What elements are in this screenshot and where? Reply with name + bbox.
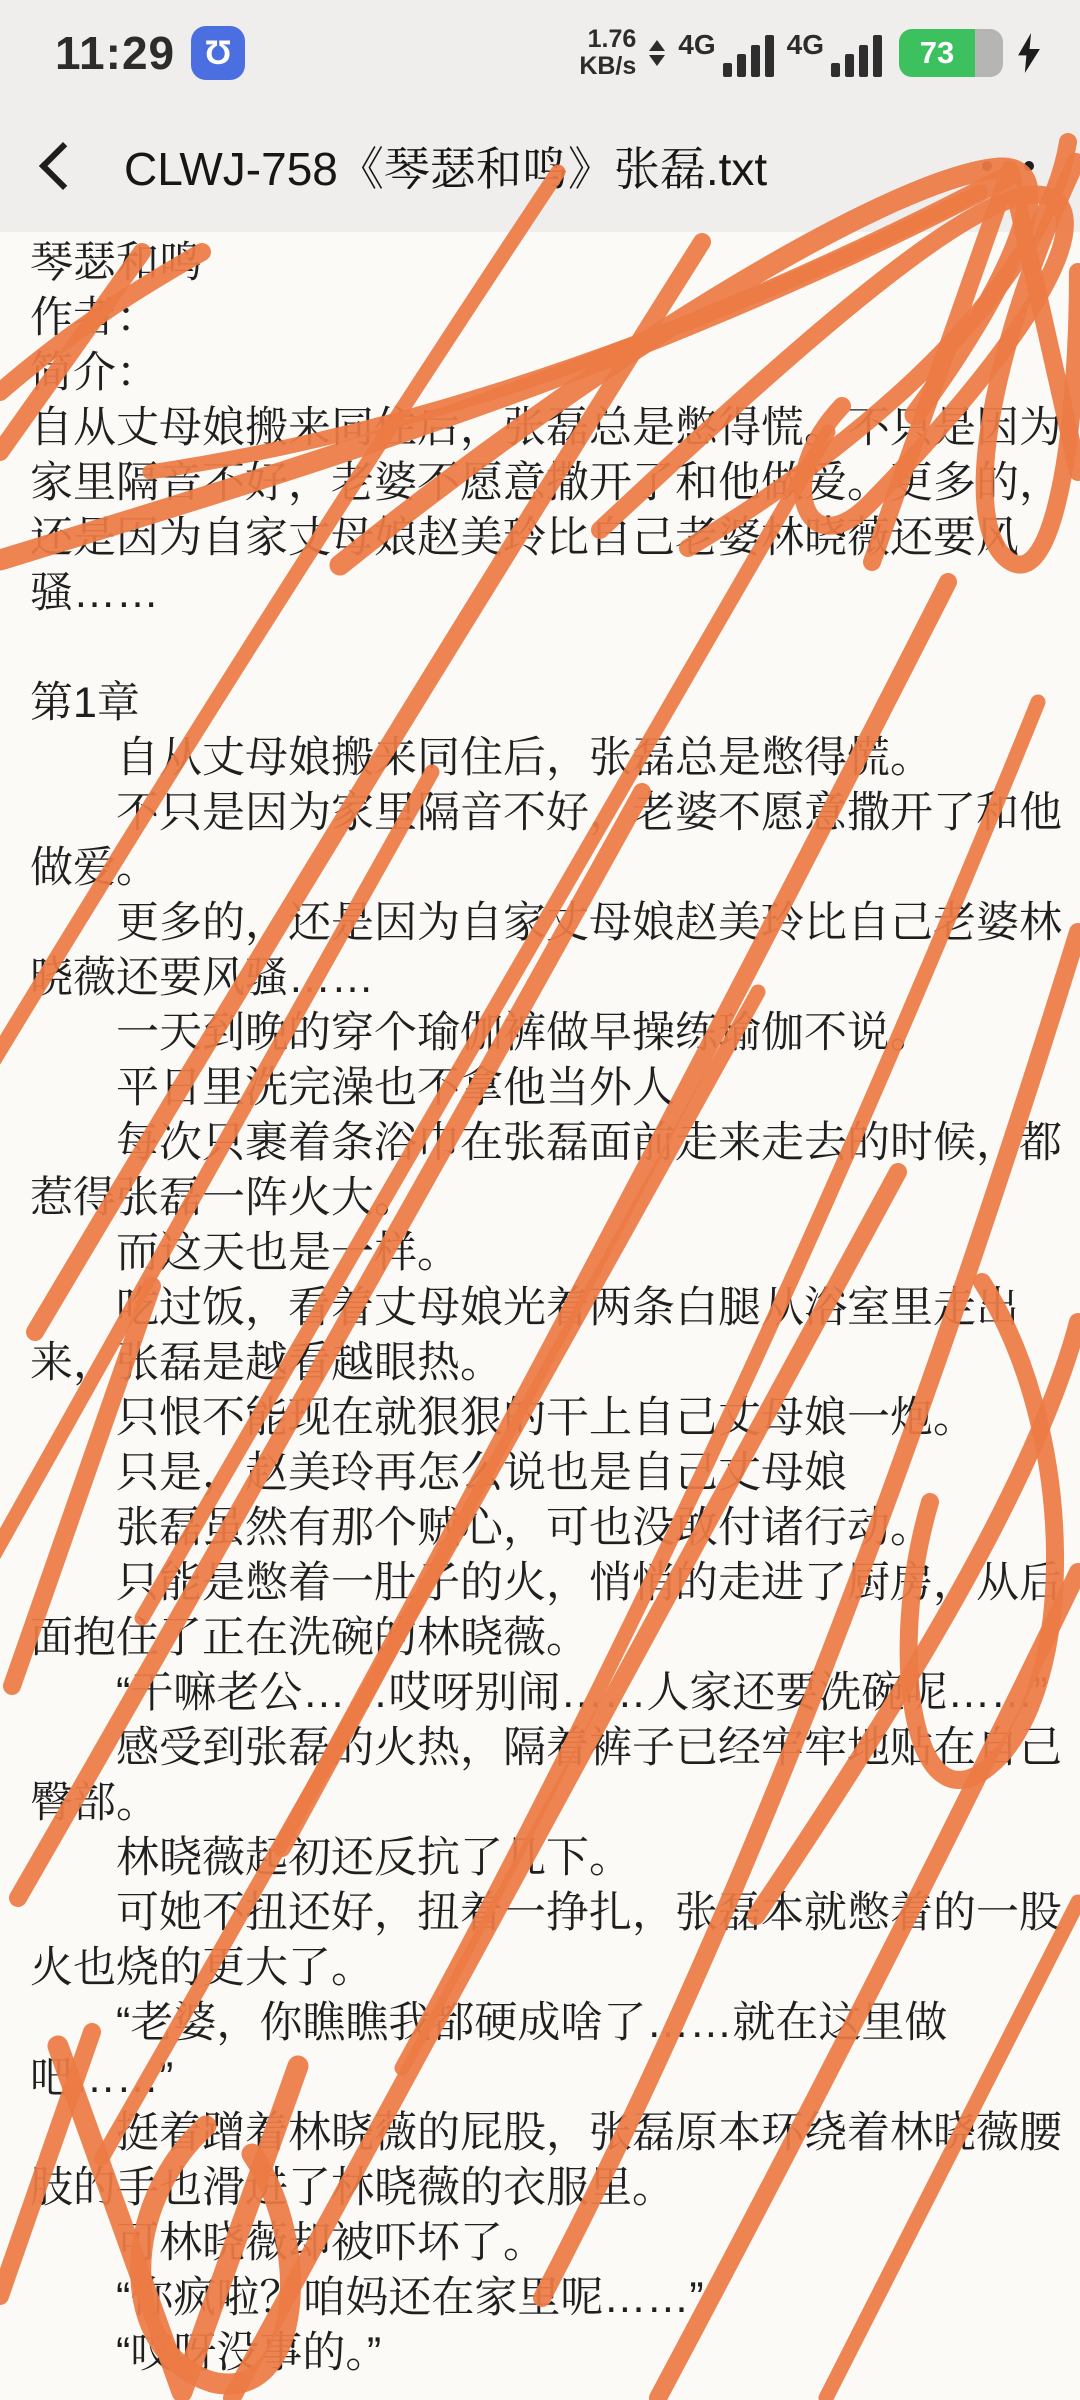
text-line: 肢的手也滑进了林晓薇的衣服里。 (30, 2161, 1062, 2216)
traffic-arrows-icon (649, 40, 665, 66)
back-button[interactable] (46, 149, 106, 183)
notification-app-icon: Ʊ (191, 26, 245, 80)
more-menu-button[interactable] (982, 141, 1034, 191)
text-line: 只是，赵美玲再怎么说也是自己丈母娘 (30, 1446, 1062, 1501)
text-line: 只恨不能现在就狠狠的干上自己丈母娘一炮。 (30, 1391, 1062, 1446)
network-speed-value: 1.76 (579, 26, 636, 53)
text-line: 林晓薇起初还反抗了几下。 (30, 1831, 1062, 1886)
text-line: 简介： (30, 346, 1062, 401)
text-line: 可林晓薇却被吓坏了。 (30, 2216, 1062, 2271)
text-line: 可她不扭还好，扭着一挣扎，张磊本就憋着的一股 (30, 1886, 1062, 1941)
text-line: 吃过饭，看着丈母娘光着两条白腿从浴室里走出 (30, 1281, 1062, 1336)
text-line: 家里隔音不好，老婆不愿意撒开了和他做爱。更多的， (30, 456, 1062, 511)
sim1-signal-icon: 4G (678, 29, 773, 77)
text-line: “你疯啦？咱妈还在家里呢……” (30, 2271, 1062, 2326)
app-icon-glyph: Ʊ (204, 34, 231, 73)
title-bar: CLWJ-758《琴瑟和鸣》张磊.txt (0, 100, 1080, 232)
chevron-left-icon (39, 142, 87, 190)
network-speed: 1.76 KB/s (579, 26, 636, 80)
text-line: 臀部。 (30, 1776, 1062, 1831)
text-line: 只能是憋着一肚子的火，悄悄的走进了厨房，从后 (30, 1556, 1062, 1611)
text-line: 琴瑟和鸣 (30, 236, 1062, 291)
text-line: 不只是因为家里隔音不好，老婆不愿意撒开了和他 (30, 786, 1062, 841)
battery-indicator: 73 (899, 29, 1003, 77)
text-line: 张磊虽然有那个贼心，可也没敢付诸行动。 (30, 1501, 1062, 1556)
text-line: 作者： (30, 291, 1062, 346)
text-line: 吧……” (30, 2051, 1062, 2106)
battery-fill: 73 (899, 29, 975, 77)
sim2-network-type: 4G (787, 29, 824, 61)
text-line: 每次只裹着条浴巾在张磊面前走来走去的时候，都 (30, 1116, 1062, 1171)
text-line: 火也烧的更大了。 (30, 1941, 1062, 1996)
sim1-signal-bars-icon (723, 35, 774, 77)
text-line: 挺着蹭着林晓薇的屁股，张磊原本环绕着林晓薇腰 (30, 2106, 1062, 2161)
clock: 11:29 (55, 26, 175, 80)
text-line: 而这天也是一样。 (30, 1226, 1062, 1281)
text-line: 晓薇还要风骚…… (30, 951, 1062, 1006)
network-speed-unit: KB/s (579, 53, 636, 80)
battery-percent: 73 (920, 35, 954, 71)
phone-screen: 11:29 Ʊ 1.76 KB/s 4G 4G (0, 0, 1080, 2400)
text-line (30, 621, 1062, 676)
text-line: 感受到张磊的火热，隔着裤子已经牢牢地贴在自己 (30, 1721, 1062, 1776)
status-bar: 11:29 Ʊ 1.76 KB/s 4G 4G (0, 0, 1080, 100)
text-line: 骚…… (30, 566, 1062, 621)
sim1-network-type: 4G (678, 29, 715, 61)
text-line: “老婆，你瞧瞧我都硬成啥了……就在这里做 (30, 1996, 1062, 2051)
text-line: 来，张磊是越看越眼热。 (30, 1336, 1062, 1391)
sim2-signal-bars-icon (831, 35, 882, 77)
text-line: 自从丈母娘搬来同住后，张磊总是憋得慌。不只是因为 (30, 401, 1062, 456)
document-body[interactable]: 琴瑟和鸣作者：简介：自从丈母娘搬来同住后，张磊总是憋得慌。不只是因为家里隔音不好… (0, 232, 1080, 2400)
text-line: 自从丈母娘搬来同住后，张磊总是憋得慌。 (30, 731, 1062, 786)
text-line: 惹得张磊一阵火大。 (30, 1171, 1062, 1226)
text-line: 一天到晚的穿个瑜伽裤做早操练瑜伽不说。 (30, 1006, 1062, 1061)
text-line: 做爱。 (30, 841, 1062, 896)
text-line: 还是因为自家丈母娘赵美玲比自己老婆林晓薇还要风 (30, 511, 1062, 566)
text-line: 第1章 (30, 676, 1062, 731)
text-line: “哎呀没事的。” (30, 2326, 1062, 2381)
sim2-signal-icon: 4G (787, 29, 882, 77)
text-line: 更多的，还是因为自家丈母娘赵美玲比自己老婆林 (30, 896, 1062, 951)
charging-bolt-icon (1016, 33, 1042, 73)
text-line: “干嘛老公……哎呀别闹……人家还要洗碗呢……” (30, 1666, 1062, 1721)
text-line: 面抱住了正在洗碗的林晓薇。 (30, 1611, 1062, 1666)
text-line: 平日里洗完澡也不拿他当外人 (30, 1061, 1062, 1116)
file-title: CLWJ-758《琴瑟和鸣》张磊.txt (124, 133, 982, 199)
